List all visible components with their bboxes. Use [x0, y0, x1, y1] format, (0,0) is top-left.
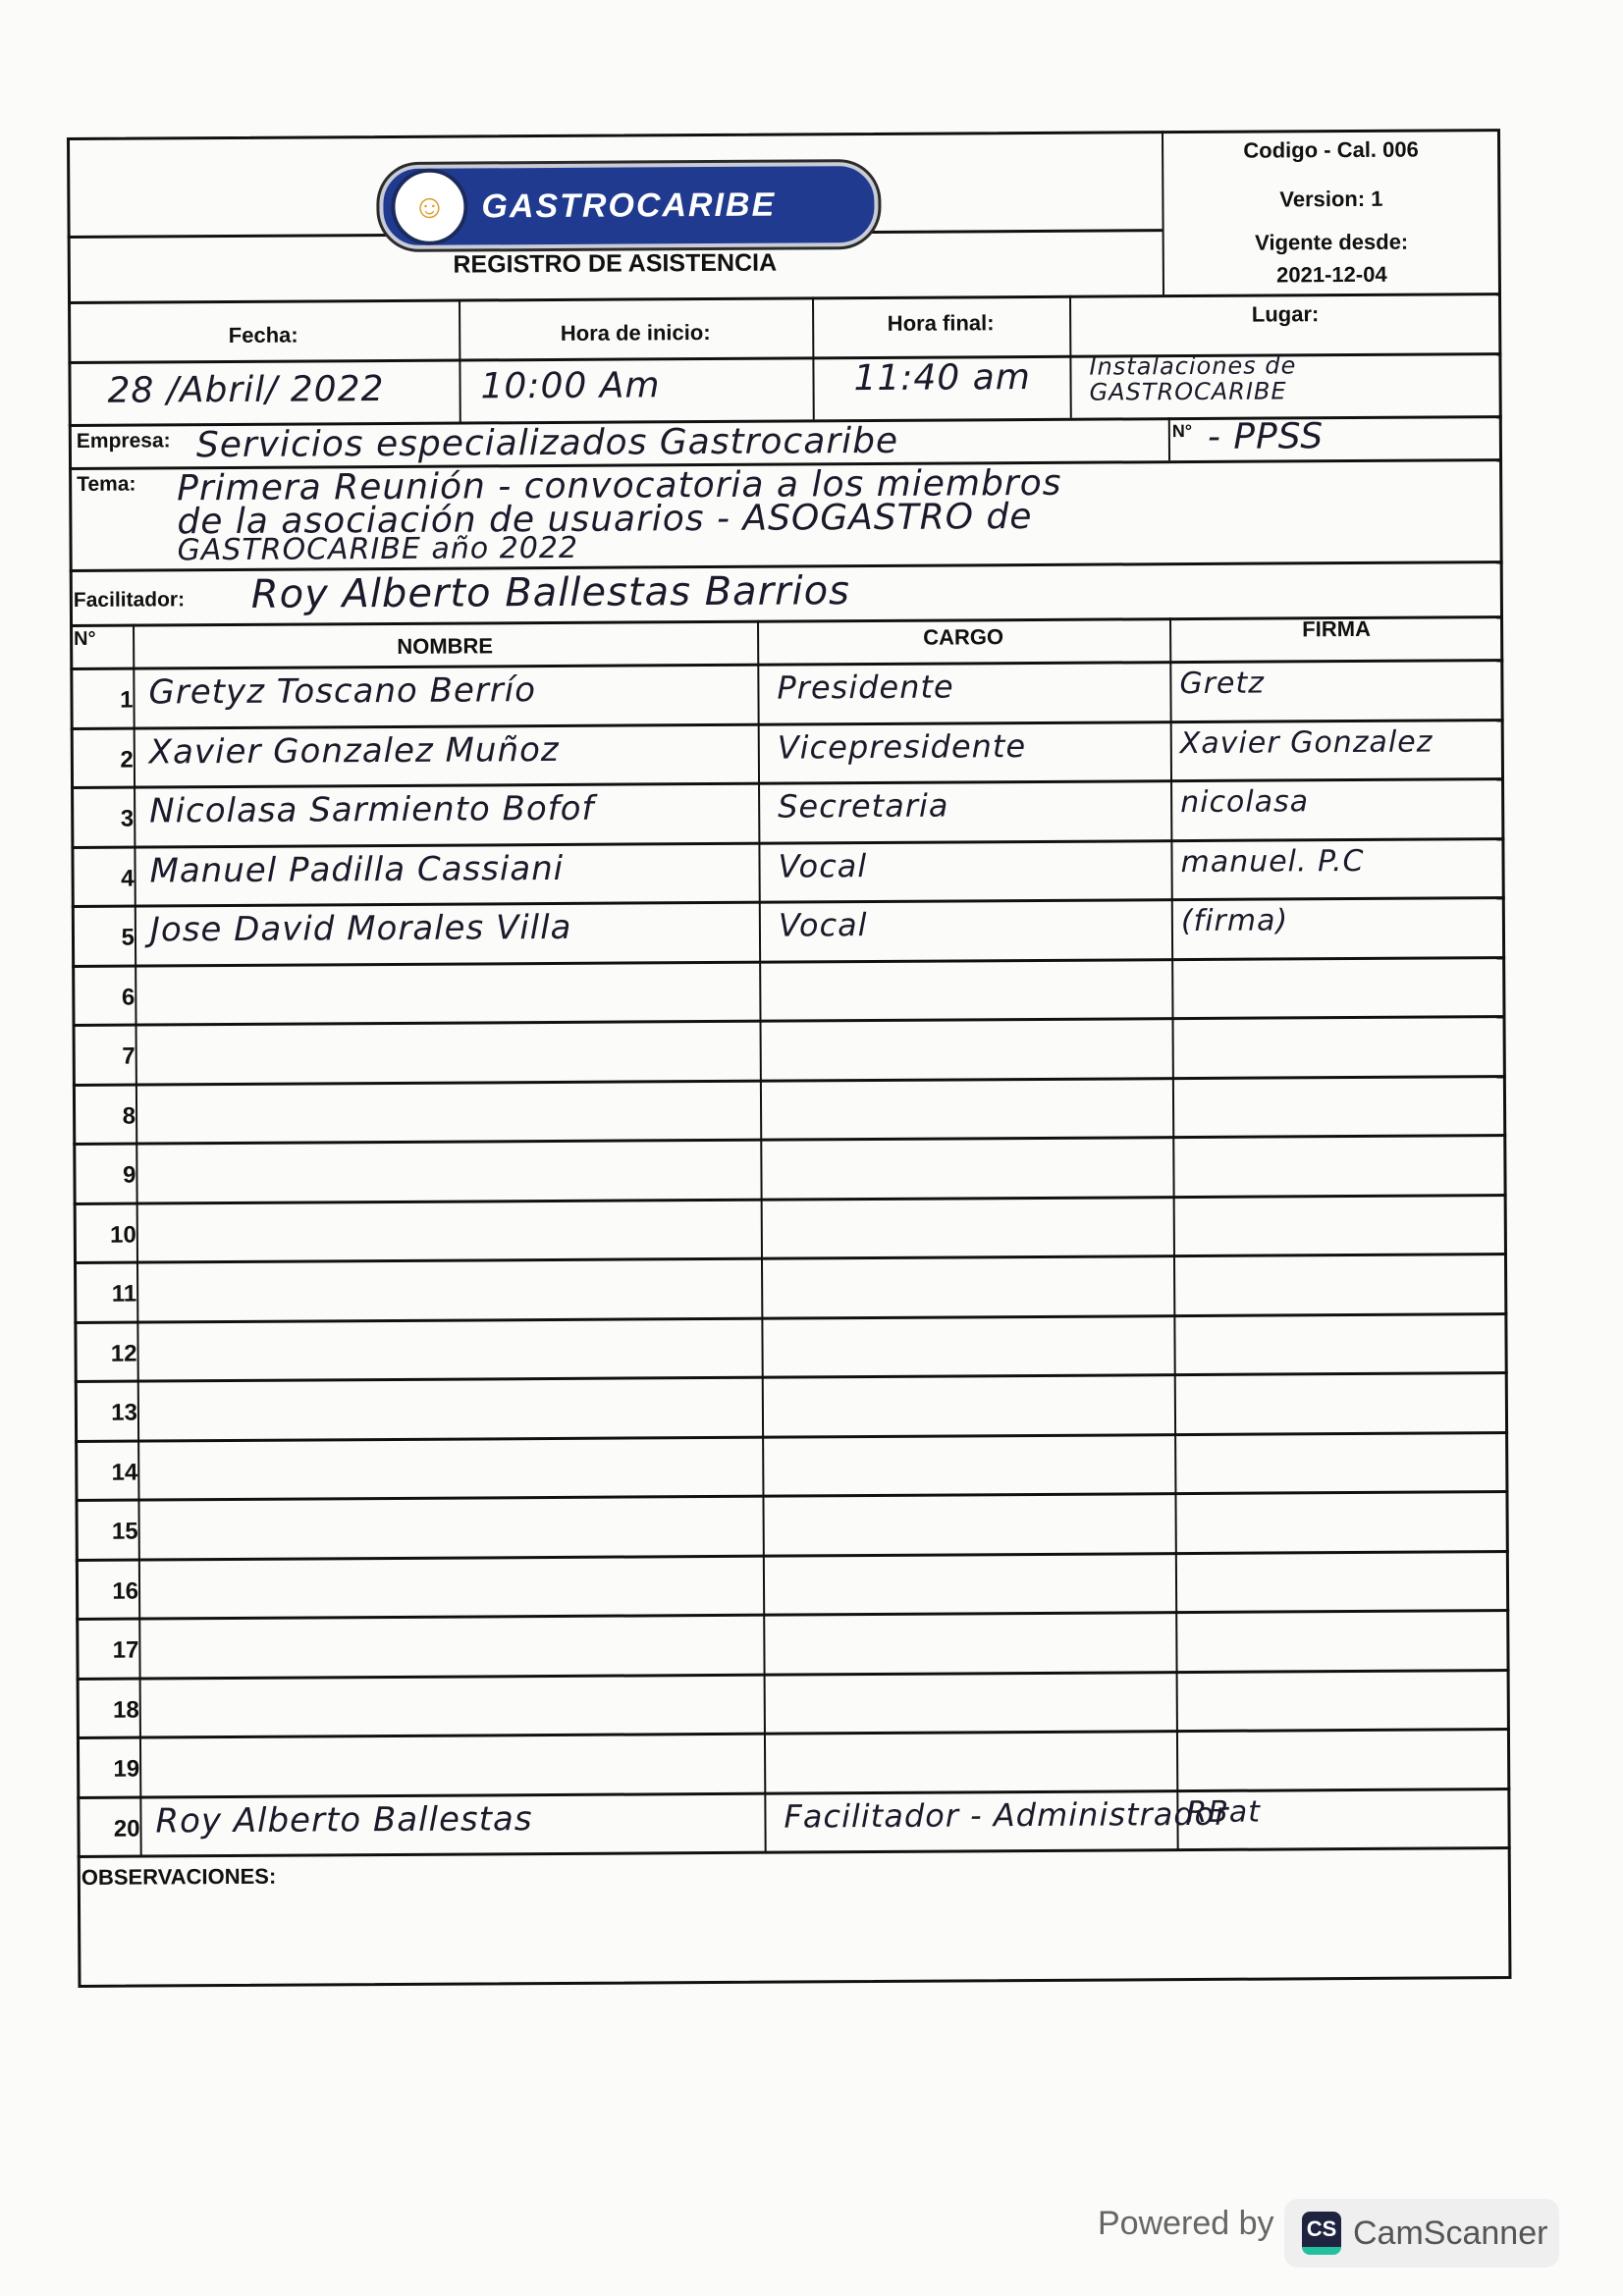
nombre-cell: Xavier Gonzalez Muñoz: [149, 729, 560, 772]
row-number: 18: [77, 1696, 139, 1724]
nombre-cell: Roy Alberto Ballestas: [155, 1799, 532, 1841]
row-number: 2: [71, 746, 134, 774]
row-number: 11: [74, 1281, 136, 1308]
nombre-cell: Manuel Padilla Cassiani: [149, 848, 564, 890]
facilitador-label: Facilitador:: [74, 588, 185, 613]
hora-final-value: 11:40 am: [853, 357, 1031, 399]
row-number: 15: [76, 1519, 138, 1546]
nombre-cell: Nicolasa Sarmiento Bofof: [149, 789, 594, 831]
tema-line-3: GASTROCARIBE año 2022: [177, 531, 578, 567]
row-number: 6: [72, 984, 135, 1011]
row-number: 8: [73, 1102, 135, 1130]
nombre-cell: Gretyz Toscano Berrío: [148, 670, 536, 712]
row-number: 7: [73, 1043, 135, 1071]
document-code: Codigo - Cal. 006: [1162, 136, 1500, 164]
fecha-label: Fecha:: [68, 322, 459, 349]
col-cargo: CARGO: [757, 623, 1169, 652]
firma-cell: (firma): [1181, 903, 1288, 938]
firma-cell: manuel. P.C: [1180, 843, 1364, 879]
empresa-label: Empresa:: [77, 429, 171, 454]
cargo-cell: Vocal: [779, 906, 868, 944]
col-nombre: NOMBRE: [133, 632, 757, 662]
fecha-value: 28 /Abril/ 2022: [107, 369, 384, 411]
cargo-cell: Vicepresidente: [778, 727, 1027, 767]
row-number: 10: [74, 1221, 136, 1249]
cargo-cell: Vocal: [778, 847, 867, 885]
nro-label: N°: [1172, 421, 1192, 442]
row-number: 4: [72, 865, 135, 892]
facilitador-value: Roy Alberto Ballestas Barrios: [251, 568, 850, 617]
row-number: 17: [76, 1637, 138, 1665]
row-number: 20: [77, 1815, 139, 1842]
cargo-cell: Facilitador - Administrador: [784, 1794, 1228, 1835]
cargo-cell: Secretaria: [778, 787, 948, 826]
col-firma: FIRMA: [1169, 615, 1503, 643]
lugar-value-line-2: GASTROCARIBE: [1090, 377, 1287, 405]
col-num: N°: [74, 628, 96, 651]
chef-icon: ☺: [391, 169, 467, 245]
firma-cell: RBat: [1186, 1794, 1261, 1829]
cargo-cell: Presidente: [777, 667, 953, 706]
hora-inicio-label: Hora de inicio:: [459, 319, 812, 347]
row-number: 9: [73, 1162, 135, 1190]
camscanner-icon: CS: [1302, 2212, 1341, 2255]
row-number: 13: [75, 1400, 137, 1427]
powered-by-text: Powered by: [1098, 2205, 1274, 2243]
divider: [1168, 417, 1170, 460]
document-version: Version: 1: [1162, 186, 1500, 213]
firma-cell: nicolasa: [1180, 784, 1309, 820]
firma-cell: Gretz: [1179, 667, 1265, 702]
lugar-value-line-1: Instalaciones de: [1089, 351, 1296, 380]
tema-label: Tema:: [77, 473, 135, 497]
hora-inicio-value: 10:00 Am: [480, 365, 660, 406]
camscanner-label: CamScanner: [1353, 2215, 1547, 2253]
row-number: 5: [72, 925, 135, 952]
hora-final-label: Hora final:: [812, 310, 1069, 338]
row-number: 16: [76, 1577, 138, 1605]
nombre-cell: Jose David Morales Villa: [150, 908, 572, 950]
nro-value: - PPSS: [1208, 416, 1325, 457]
vigente-label: Vigente desde:: [1163, 229, 1501, 256]
firma-cell: Xavier Gonzalez: [1180, 724, 1434, 761]
vigente-date: 2021-12-04: [1163, 261, 1501, 289]
row-number: 12: [74, 1340, 136, 1367]
observaciones-label: OBSERVACIONES:: [81, 1864, 277, 1891]
row-number: 3: [71, 806, 134, 833]
brand-name: GASTROCARIBE: [481, 186, 776, 226]
camscanner-badge: CS CamScanner: [1284, 2199, 1559, 2268]
gastrocaribe-logo: ☺ GASTROCARIBE: [379, 162, 879, 249]
row-number: 1: [70, 687, 133, 715]
empresa-value: Servicios especializados Gastrocaribe: [196, 421, 898, 465]
attendance-form: ☺ GASTROCARIBE REGISTRO DE ASISTENCIA Co…: [67, 129, 1511, 1988]
row-number: 19: [77, 1756, 139, 1784]
lugar-label: Lugar:: [1069, 300, 1501, 329]
row-number: 14: [75, 1459, 137, 1486]
